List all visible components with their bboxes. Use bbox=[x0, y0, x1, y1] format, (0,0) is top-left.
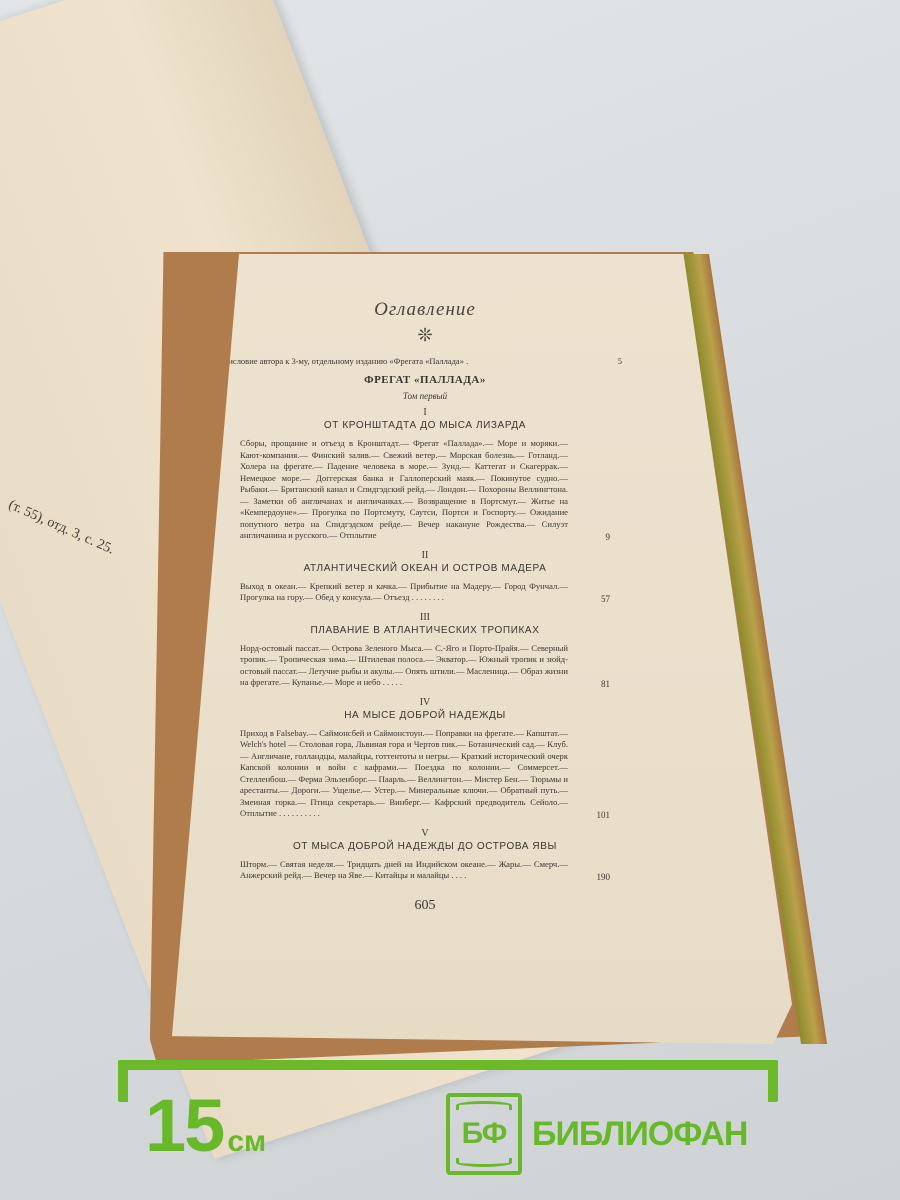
size-number: 15 bbox=[145, 1084, 223, 1167]
chapter-page: 9 bbox=[568, 532, 610, 542]
left-page-text: граф и последним главам путешествия и из… bbox=[0, 129, 30, 515]
toc-chapter: IV НА МЫСЕ ДОБРОЙ НАДЕЖДЫ Приход в False… bbox=[240, 697, 610, 820]
chapter-number: IV bbox=[240, 697, 610, 708]
chapter-title: ОТ МЫСА ДОБРОЙ НАДЕЖДЫ ДО ОСТРОВА ЯВЫ bbox=[240, 841, 610, 852]
chapter-number: II bbox=[240, 550, 610, 561]
logo-text: БИБЛИОФАН bbox=[532, 1115, 748, 1154]
chapter-page: 57 bbox=[568, 594, 610, 604]
toc-chapter: II АТЛАНТИЧЕСКИЙ ОКЕАН И ОСТРОВ МАДЕРА В… bbox=[240, 550, 610, 604]
toc-preface-entry: Предисловие автора к 3-му, отдельному из… bbox=[210, 356, 622, 366]
table-of-contents: Оглавление ❊ Предисловие автора к 3-му, … bbox=[240, 294, 610, 914]
preface-text: Предисловие автора к 3-му, отдельному из… bbox=[210, 356, 468, 366]
chapter-summary: Шторм.— Святая неделя.— Тридцать дней на… bbox=[240, 859, 568, 882]
chapter-page: 81 bbox=[568, 679, 610, 689]
chapter-page: 101 bbox=[568, 810, 610, 820]
volume-label: Том первый bbox=[240, 391, 610, 401]
toc-chapter: III ПЛАВАНИЕ В АТЛАНТИЧЕСКИХ ТРОПИКАХ Но… bbox=[240, 612, 610, 689]
chapter-page: 190 bbox=[568, 872, 610, 882]
chapter-summary: Норд-остовый пассат.— Острова Зеленого М… bbox=[240, 643, 568, 689]
ornament-icon: ❊ bbox=[240, 325, 610, 346]
chapter-summary: Сборы, прощание и отъезд в Кронштадт.— Ф… bbox=[240, 438, 568, 542]
open-book-icon: БФ bbox=[446, 1093, 522, 1175]
chapter-summary: Приход в Falsebay.— Саймонсбей и Саймонс… bbox=[240, 728, 568, 820]
chapter-number: III bbox=[240, 612, 610, 623]
part-title: ФРЕГАТ «ПАЛЛАДА» bbox=[240, 374, 610, 386]
chapter-number: V bbox=[240, 828, 610, 839]
chapter-number: I bbox=[240, 407, 610, 418]
toc-title: Оглавление bbox=[240, 299, 610, 321]
chapter-title: АТЛАНТИЧЕСКИЙ ОКЕАН И ОСТРОВ МАДЕРА bbox=[240, 563, 610, 574]
toc-chapter: V ОТ МЫСА ДОБРОЙ НАДЕЖДЫ ДО ОСТРОВА ЯВЫ … bbox=[240, 828, 610, 882]
chapter-summary: Выход в океан.— Крепкий ветер и качка.— … bbox=[240, 581, 568, 604]
chapter-title: ОТ КРОНШТАДТА ДО МЫСА ЛИЗАРДА bbox=[240, 420, 610, 431]
right-page: Оглавление ❊ Предисловие автора к 3-му, … bbox=[172, 254, 792, 1044]
chapter-title: ПЛАВАНИЕ В АТЛАНТИЧЕСКИХ ТРОПИКАХ bbox=[240, 625, 610, 636]
size-unit: см bbox=[227, 1125, 266, 1158]
page-number: 605 bbox=[240, 898, 610, 914]
bibliofan-logo: БФ БИБЛИОФАН bbox=[446, 1093, 748, 1175]
logo-mark-text: БФ bbox=[462, 1117, 507, 1151]
size-label: 15см bbox=[145, 1083, 266, 1168]
text-line: граф и последним главам путешествия bbox=[0, 129, 30, 323]
toc-chapter: I ОТ КРОНШТАДТА ДО МЫСА ЛИЗАРДА Сборы, п… bbox=[240, 407, 610, 542]
preface-page: 5 bbox=[618, 356, 622, 366]
chapter-title: НА МЫСЕ ДОБРОЙ НАДЕЖДЫ bbox=[240, 710, 610, 721]
